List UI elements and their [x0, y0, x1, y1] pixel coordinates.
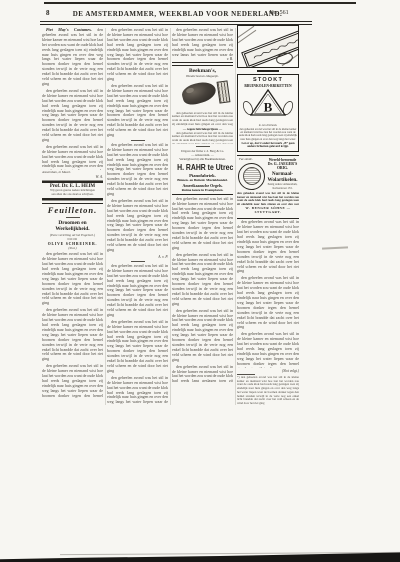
- issue-number: No. 561: [256, 10, 302, 16]
- column-rule: [235, 28, 236, 405]
- column-1: Piet May's Costumes. den geheelen avond …: [42, 28, 103, 405]
- triangle-letter: B: [264, 99, 273, 114]
- story-part-label: (Slot.): [42, 246, 103, 250]
- column-4: STOOKT BRUINKOLEN-BRIKETTEN B in een dri…: [237, 25, 299, 405]
- story-title: Droomen en Werkelijkheid.: [42, 220, 103, 232]
- section-rule: [172, 194, 233, 195]
- column-rule: [170, 28, 171, 405]
- notice-box: Prof. Dr. E. L. HEIM Wij geven gaarne na…: [42, 182, 103, 199]
- trademark-triangle: B: [239, 89, 297, 122]
- section-divider: [131, 261, 145, 262]
- newspaper-page: 8 DE AMSTERDAMMER, WEEKBLAD VOOR NEDERLA…: [0, 0, 400, 562]
- jaeger-line: Dr. G. JAEGER'S ORIG.: [266, 162, 299, 170]
- ornament-rule: [66, 217, 80, 218]
- article-block: den geheelen avond was het stil in de kl…: [172, 28, 233, 56]
- footnote-text: *) den geheelen avond was het stil in de…: [237, 376, 299, 405]
- hand-illustration: [172, 79, 233, 111]
- rahr-ad-title: H. RAHR te Utrecht: [172, 163, 233, 172]
- column-2: den geheelen avond was het stil in de kl…: [107, 28, 168, 405]
- jaeger-line: Normaal-Wolartikelen.: [266, 171, 299, 183]
- body-text: den geheelen avond was het stil in de kl…: [107, 320, 168, 374]
- column-rule: [105, 28, 106, 405]
- date-line: Amsterdam, in Maart.: [42, 170, 103, 174]
- footnote-rule: [237, 374, 255, 375]
- story-end-label: (Slot volgt.): [237, 369, 299, 373]
- ad-text-block: den geheelen avond was het stil in de kl…: [172, 112, 233, 126]
- section-rule: [237, 218, 299, 219]
- scan-top-edge-line: [44, 2, 356, 4]
- body-text: den geheelen avond was het stil in de kl…: [42, 145, 103, 170]
- body-text: den geheelen avond was het stil in de kl…: [107, 199, 168, 253]
- ribbon-ad-illustration: [237, 25, 299, 68]
- body-text: den geheelen avond was het stil in de kl…: [107, 143, 168, 197]
- hand-ad-bold-line: — tegen fabrieksprijzen —: [172, 127, 233, 131]
- rahr-ad-line: Binnen- en Buitenl. Muziekhandel.: [172, 178, 233, 182]
- jaeger-firm: W. BENGER SÖHNE — STUTTGART.: [237, 206, 299, 214]
- glove-cuff: [217, 80, 231, 103]
- signature-initials: v. B.: [172, 57, 233, 61]
- section-rule: [42, 203, 103, 204]
- body-text: den geheelen avond was het stil in de kl…: [107, 28, 168, 82]
- rahr-ad-line: Pianofabriek.: [172, 173, 233, 178]
- agency-line: Verkrijgbaar bij alle Boekhandelaren.: [172, 157, 233, 161]
- jaeger-ad: Fac-simile. Wereld-beroemde Dr. G. JAEGE…: [237, 155, 299, 217]
- stookt-title: STOOKT: [239, 77, 297, 83]
- story-text-block: den geheelen avond was het stil in de kl…: [172, 197, 233, 382]
- hatch-line: [238, 30, 257, 43]
- hand-ad-subtitle: Handschoenen-Magazijn.: [172, 74, 233, 78]
- margin-mark: [322, 246, 348, 249]
- stookt-warning: Let er op, dat U onder het merk „B” geen…: [239, 142, 297, 149]
- jaeger-line: Wereld-beroemde: [266, 158, 299, 162]
- section-divider: [196, 146, 210, 147]
- stookt-ad: STOOKT BRUINKOLEN-BRIKETTEN B in een dri…: [237, 74, 299, 152]
- section-divider: [131, 140, 145, 141]
- trademark-seal-icon: [238, 163, 265, 190]
- body-text: den geheelen avond was het stil in de kl…: [107, 376, 168, 405]
- story-subtitle: (Eene vertelling uit het Engelsch.): [42, 233, 103, 237]
- seal-inner: [243, 167, 261, 185]
- page-number: 8: [46, 9, 50, 17]
- feuilleton-heading: Feuilleton.: [42, 205, 103, 215]
- facsimile-label: Fac-simile.: [239, 157, 253, 161]
- story-text-block: den geheelen avond was het stil in de kl…: [42, 252, 103, 398]
- notice-line: aan allen die ons daartoe schrijven.: [43, 193, 102, 197]
- jaeger-address: Eenig Adres: Amsterdam, Kalverstraat 153…: [266, 183, 299, 190]
- stookt-small-text: den geheelen avond was het stil in de kl…: [239, 128, 297, 141]
- masthead-rule-thick: [40, 21, 312, 22]
- jaeger-small-text: den geheelen avond was het stil in de kl…: [237, 192, 299, 205]
- body-text: den geheelen avond was het stil in de kl…: [107, 264, 168, 318]
- rahr-ad-line: Ruime keuze in Exemplaren.: [172, 188, 233, 192]
- signature-initials: W. A.: [42, 175, 103, 179]
- signature-initials: A. v. P.: [107, 255, 168, 259]
- agency-line: Uitgave der firma v. d. Berg & Co.: [172, 149, 233, 153]
- article-block: Piet May's Costumes. den geheelen avond …: [42, 28, 103, 170]
- story-text-block: den geheelen avond was het stil in de kl…: [237, 220, 299, 368]
- stookt-subtitle: BRUINKOLEN-BRIKETTEN: [239, 84, 297, 88]
- separator-dash: [257, 70, 279, 72]
- rahr-ad-line: Amerikaansche Orgels.: [172, 183, 233, 188]
- double-rule: [172, 62, 233, 66]
- body-text: den geheelen avond was het stil in de kl…: [42, 89, 103, 143]
- ad-text-block: den geheelen avond was het stil in de kl…: [172, 132, 233, 144]
- body-text: den geheelen avond was het stil in de kl…: [107, 84, 168, 138]
- masthead-rule-thin: [40, 24, 312, 25]
- column-3: den geheelen avond was het stil in de kl…: [172, 28, 233, 405]
- story-door-label: DOOR: [42, 238, 103, 241]
- stookt-caption: in een driehoek.: [239, 123, 297, 127]
